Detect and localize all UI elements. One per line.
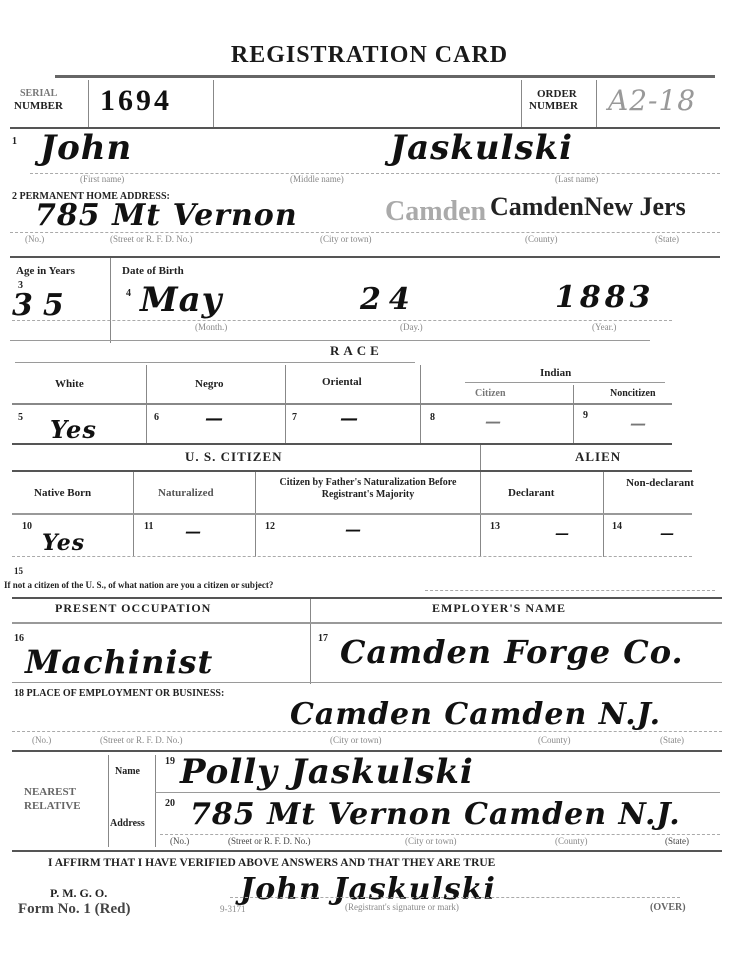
race-indian-noncitizen-value: — [630,414,647,433]
race-negro-value: — [205,408,224,429]
place-value: Camden Camden N.J. [290,697,661,732]
employer-value: Camden Forge Co. [340,633,684,671]
divider [88,80,89,128]
race-indian-heading: Indian [540,367,571,379]
caption-state: (State) [660,735,684,745]
cit-col-native: Native Born [34,487,91,499]
cit-col-declarant: Declarant [508,487,554,499]
field-number: 10 [22,521,32,532]
caption-year: (Year.) [592,322,616,332]
middle-name-caption: (Middle name) [290,174,344,184]
last-name-caption: (Last name) [555,174,598,184]
divider [160,834,720,835]
home-street: 785 Mt Vernon [35,198,298,233]
occupation-heading: PRESENT OCCUPATION [55,601,211,616]
question-15: If not a citizen of the U. S., of what n… [4,580,273,590]
cit-naturalized-value: — [185,522,202,541]
occupation-value: Machinist [25,643,213,681]
caption-no: (No.) [170,836,189,846]
divider [12,682,722,683]
race-col-indian-noncitizen: Noncitizen [610,388,656,399]
cit-native-value: Yes [42,530,85,556]
caption-street: (Street or R. F. D. No.) [100,735,183,745]
dob-day: 24 [360,282,418,317]
relative-address-label: Address [110,818,145,829]
divider [230,897,680,898]
caption-city: (City or town) [405,836,457,846]
place-label: 18 PLACE OF EMPLOYMENT OR BUSINESS: [14,688,224,699]
divider [155,792,720,793]
divider [12,513,692,515]
serial-label-2: NUMBER [14,100,63,112]
employer-heading: EMPLOYER'S NAME [432,601,566,616]
age-value: 35 [12,288,74,323]
card-title: REGISTRATION CARD [0,42,739,69]
divider [10,256,720,258]
caption-state: (State) [665,836,689,846]
cit-col-nondeclarant: Non-declarant [625,477,695,490]
affirmation: I AFFIRM THAT I HAVE VERIFIED ABOVE ANSW… [48,857,495,869]
divider [420,365,421,445]
divider [12,556,692,557]
divider [15,362,415,363]
stamp-faint: Camden [385,196,486,228]
field-number: 6 [154,412,159,423]
dob-year: 1883 [555,280,655,315]
form-number: Form No. 1 (Red) [18,901,130,918]
cit-col-father: Citizen by Father's Naturalization Befor… [268,477,468,501]
race-col-oriental: Oriental [322,376,362,388]
cit-declarant-value: — [555,526,570,542]
divider [425,590,715,591]
divider [55,75,715,78]
cit-father-value: — [345,520,362,539]
divider [596,80,597,128]
field-number: 20 [165,798,175,809]
caption-county: (County) [538,735,571,745]
order-label-2: NUMBER [529,100,578,112]
serial-label: SERIAL [20,88,57,99]
order-number: A2-18 [608,84,696,117]
divider [12,731,722,732]
divider [10,232,720,233]
divider [12,850,722,852]
divider [310,599,311,684]
divider [465,382,665,383]
field-number: 16 [14,633,24,644]
first-name-caption: (First name) [80,174,124,184]
divider [12,470,692,472]
caption-no: (No.) [25,234,44,244]
race-white-value: Yes [50,415,97,444]
divider [12,320,672,321]
cit-col-naturalized: Naturalized [158,487,214,499]
caption-no: (No.) [32,735,51,745]
divider [480,445,481,557]
relative-label: NEAREST [24,786,76,798]
dob-label: Date of Birth [122,265,184,277]
divider [521,80,522,128]
divider [155,755,156,847]
relative-name-value: Polly Jaskulski [180,752,474,792]
divider [213,80,214,128]
race-col-indian-citizen: Citizen [475,388,506,399]
caption-county: (County) [555,836,588,846]
divider [110,258,111,343]
first-name: John [40,128,132,168]
field-number: 12 [265,521,275,532]
field-number: 8 [430,412,435,423]
divider [285,365,286,445]
field-number: 1 [12,136,17,147]
pmgo-label: P. M. G. O. [50,886,107,901]
field-number: 9 [583,410,588,421]
over-label: (OVER) [650,902,686,913]
relative-name-label: Name [115,766,140,777]
stamp-city-state: CamdenNew Jers [490,192,686,222]
order-label: ORDER [537,88,577,100]
field-number: 17 [318,633,328,644]
dob-month: May [140,280,222,320]
last-name: Jaskulski [390,128,573,168]
divider [30,173,720,174]
field-number: 5 [18,412,23,423]
caption-state: (State) [655,234,679,244]
alien-heading: ALIEN [575,449,621,465]
divider [12,622,722,624]
serial-number: 1694 [100,84,172,118]
field-number: 4 [126,288,131,299]
divider [573,385,574,445]
relative-label-2: RELATIVE [24,800,81,812]
caption-city: (City or town) [330,735,382,745]
race-heading: RACE [330,343,383,359]
field-number: 14 [612,521,622,532]
caption-day: (Day.) [400,322,423,332]
field-number: 19 [165,756,175,767]
field-number: 7 [292,412,297,423]
signature-caption: (Registrant's signature or mark) [345,902,459,912]
divider [108,755,109,847]
race-col-white: White [55,378,84,390]
field-number: 13 [490,521,500,532]
caption-street: (Street or R. F. D. No.) [110,234,193,244]
caption-month: (Month.) [195,322,227,332]
caption-county: (County) [525,234,558,244]
cit-nondeclarant-value: — [660,526,675,542]
field-number: 11 [144,521,153,532]
us-citizen-heading: U. S. CITIZEN [185,449,283,465]
field-number: 15 [14,566,23,576]
divider [12,597,722,599]
age-label: Age in Years [16,265,75,277]
caption-city: (City or town) [320,234,372,244]
divider [12,443,672,445]
race-col-negro: Negro [195,378,224,390]
relative-address-value: 785 Mt Vernon Camden N.J. [190,797,681,832]
caption-street: (Street or R. F. D. No.) [228,836,311,846]
race-indian-citizen-value: — [485,412,502,431]
divider [10,340,650,341]
divider [146,365,147,445]
race-oriental-value: — [340,408,359,429]
